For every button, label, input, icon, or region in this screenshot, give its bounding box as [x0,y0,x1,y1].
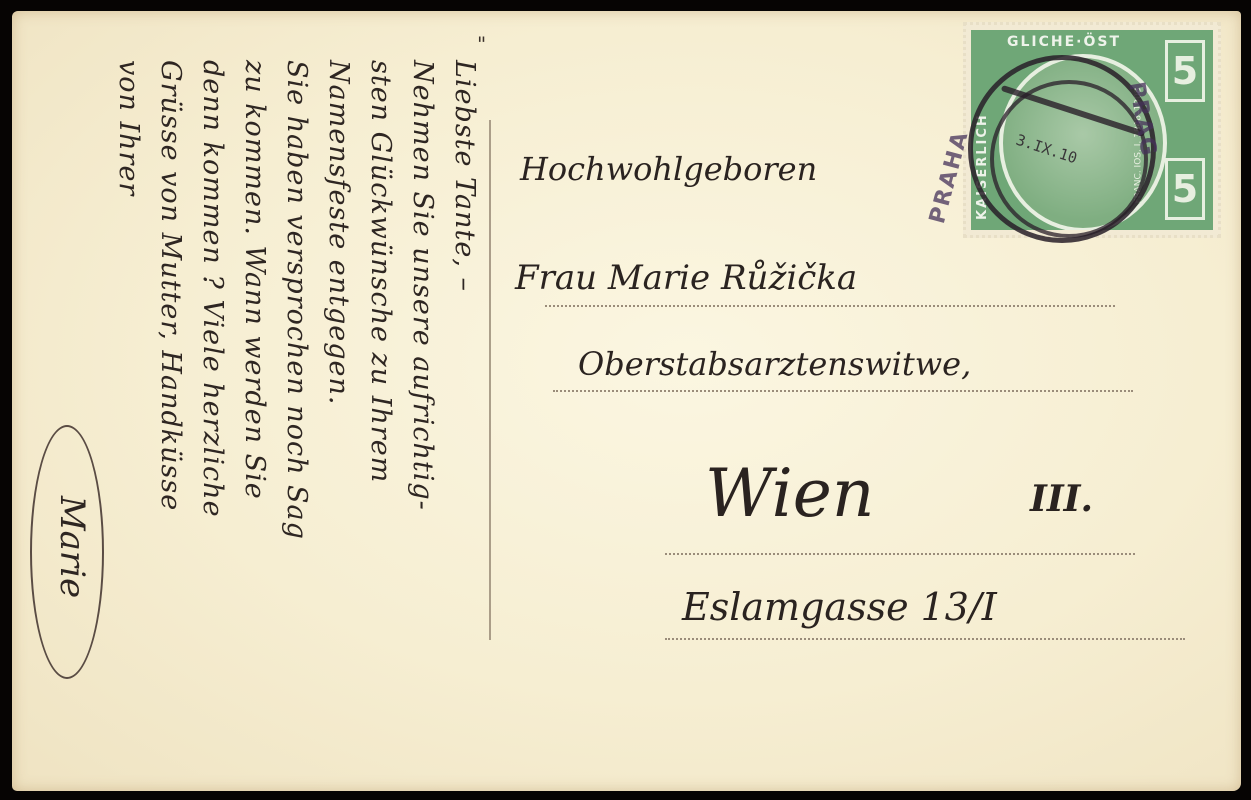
message-line: Nehmen Sie unsere aufrichtig- [401,60,443,780]
address-rule [553,390,1133,392]
handwritten-message: Liebste Tante, – Nehmen Sie unsere aufri… [65,60,485,780]
message-line: Sie haben versprochen noch Sag [275,60,317,780]
signature-oval: Marie [30,425,104,679]
message-line: zu kommen. Wann werden Sie [233,60,275,780]
message-line: Namensfeste entgegen. [317,60,359,780]
message-line: Grüsse von Mutter, Handküsse [149,60,191,780]
address-salutation: Hochwohlgeboren [520,150,817,188]
message-line: sten Glückwünsche zu Ihrem [359,60,401,780]
address-rule [545,305,1115,307]
stamp-value: 5 [1165,40,1205,102]
address-rule [665,638,1185,640]
message-line: Liebste Tante, – [443,60,485,780]
address-district: III. [1030,478,1093,520]
address-city: Wien [705,455,874,532]
address-name: Frau Marie Růžička [515,258,857,298]
address-street: Eslamgasse 13/I [682,585,997,629]
signature: Marie [52,447,92,647]
message-line: denn kommen ? Viele herzliche [191,60,233,780]
address-rule [665,553,1135,555]
quote-mark: " [477,32,486,56]
address-title: Oberstabsarztenswitwe, [578,345,971,383]
stamp-arc-text: GLICHE·ÖST [1007,34,1121,50]
stamp-value: 5 [1165,158,1205,220]
message-line: von Ihrer [107,60,149,780]
vertical-divider [489,120,491,640]
